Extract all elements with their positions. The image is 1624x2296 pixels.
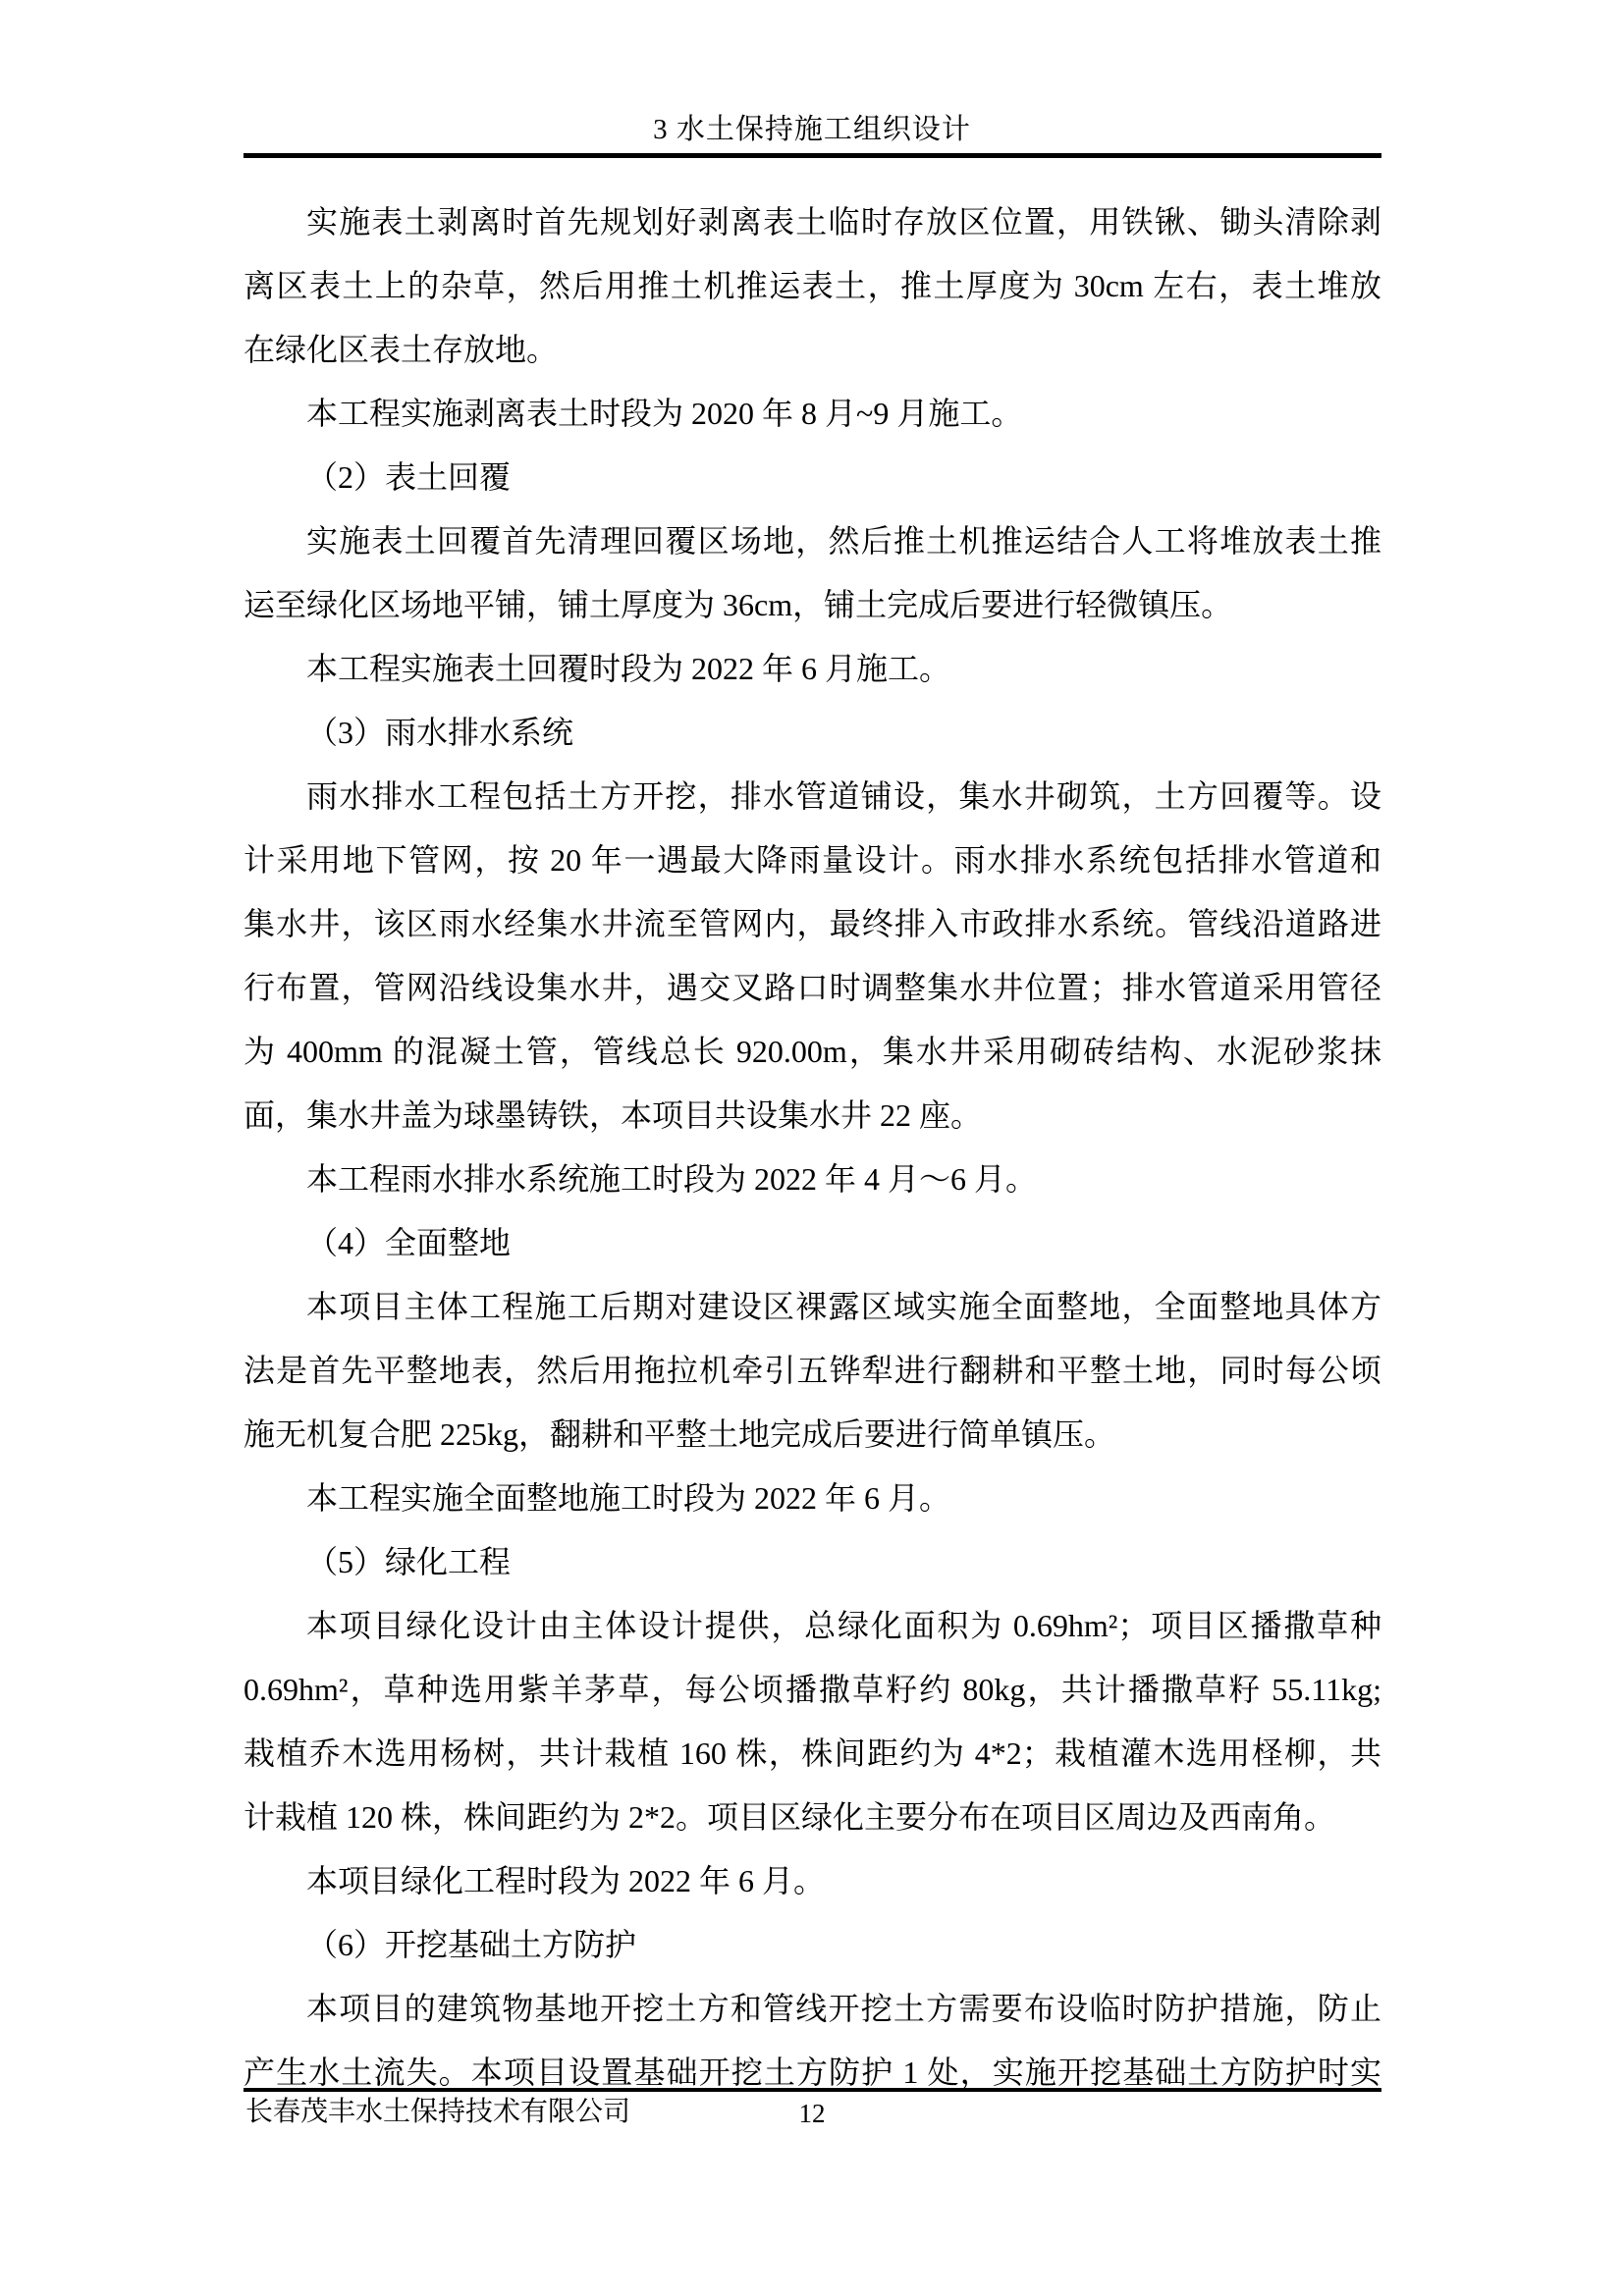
body-line: 本项目主体工程施工后期对建设区裸露区域实施全面整地，全面整地具体方	[244, 1275, 1381, 1339]
page-header-title: 3 水土保持施工组织设计	[0, 114, 1624, 145]
paragraph: 雨水排水工程包括土方开挖，排水管道铺设，集水井砌筑，土方回覆等。设计采用地下管网…	[244, 765, 1381, 1148]
body-line: 本工程雨水排水系统施工时段为 2022 年 4 月～6 月。	[244, 1148, 1381, 1211]
body-line: 计栽植 120 株，株间距约为 2*2。项目区绿化主要分布在项目区周边及西南角。	[244, 1786, 1381, 1849]
body-line: 雨水排水工程包括土方开挖，排水管道铺设，集水井砌筑，土方回覆等。设	[244, 765, 1381, 828]
paragraph: 本工程实施剥离表土时段为 2020 年 8 月~9 月施工。	[244, 382, 1381, 446]
body-line: （4）全面整地	[244, 1211, 1381, 1275]
document-page: 3 水土保持施工组织设计 实施表土剥离时首先规划好剥离表土临时存放区位置，用铁锹…	[0, 0, 1624, 2296]
paragraph: 本项目绿化设计由主体设计提供，总绿化面积为 0.69hm²；项目区播撒草种0.6…	[244, 1594, 1381, 1849]
body-line: 实施表土剥离时首先规划好剥离表土临时存放区位置，用铁锹、锄头清除剥	[244, 190, 1381, 254]
body-line: （2）表土回覆	[244, 446, 1381, 509]
paragraph: 实施表土回覆首先清理回覆区场地，然后推土机推运结合人工将堆放表土推运至绿化区场地…	[244, 509, 1381, 637]
paragraph: 本工程雨水排水系统施工时段为 2022 年 4 月～6 月。	[244, 1148, 1381, 1211]
body-line: 计采用地下管网，按 20 年一遇最大降雨量设计。雨水排水系统包括排水管道和	[244, 828, 1381, 892]
body-line: 施无机复合肥 225kg，翻耕和平整土地完成后要进行简单镇压。	[244, 1403, 1381, 1467]
body-line: （6）开挖基础土方防护	[244, 1913, 1381, 1977]
paragraph: 本项目主体工程施工后期对建设区裸露区域实施全面整地，全面整地具体方法是首先平整地…	[244, 1275, 1381, 1467]
body-line: 本工程实施表土回覆时段为 2022 年 6 月施工。	[244, 637, 1381, 701]
paragraph: （6）开挖基础土方防护	[244, 1913, 1381, 1977]
paragraph: 本工程实施全面整地施工时段为 2022 年 6 月。	[244, 1467, 1381, 1530]
body-line: 运至绿化区场地平铺，铺土厚度为 36cm，铺土完成后要进行轻微镇压。	[244, 573, 1381, 637]
paragraph: （3）雨水排水系统	[244, 701, 1381, 765]
body-line: 本项目绿化设计由主体设计提供，总绿化面积为 0.69hm²；项目区播撒草种	[244, 1594, 1381, 1658]
paragraph: （5）绿化工程	[244, 1530, 1381, 1594]
document-body: 实施表土剥离时首先规划好剥离表土临时存放区位置，用铁锹、锄头清除剥离区表土上的杂…	[244, 190, 1381, 2105]
footer-rule	[244, 2088, 1381, 2092]
paragraph: 本项目绿化工程时段为 2022 年 6 月。	[244, 1849, 1381, 1913]
paragraph: 实施表土剥离时首先规划好剥离表土临时存放区位置，用铁锹、锄头清除剥离区表土上的杂…	[244, 190, 1381, 382]
page-number: 12	[0, 2099, 1624, 2128]
body-line: 为 400mm 的混凝土管，管线总长 920.00m，集水井采用砌砖结构、水泥砂…	[244, 1020, 1381, 1084]
body-line: 本工程实施剥离表土时段为 2020 年 8 月~9 月施工。	[244, 382, 1381, 446]
body-line: 面，集水井盖为球墨铸铁，本项目共设集水井 22 座。	[244, 1084, 1381, 1148]
paragraph: （4）全面整地	[244, 1211, 1381, 1275]
body-line: 法是首先平整地表，然后用拖拉机牵引五铧犁进行翻耕和平整土地，同时每公顷	[244, 1339, 1381, 1403]
body-line: 栽植乔木选用杨树，共计栽植 160 株，株间距约为 4*2；栽植灌木选用柽柳，共	[244, 1722, 1381, 1786]
body-line: （5）绿化工程	[244, 1530, 1381, 1594]
body-line: 本项目的建筑物基地开挖土方和管线开挖土方需要布设临时防护措施，防止	[244, 1977, 1381, 2041]
paragraph: 本项目的建筑物基地开挖土方和管线开挖土方需要布设临时防护措施，防止产生水土流失。…	[244, 1977, 1381, 2105]
body-line: （3）雨水排水系统	[244, 701, 1381, 765]
body-line: 产生水土流失。本项目设置基础开挖土方防护 1 处，实施开挖基础土方防护时实	[244, 2041, 1381, 2105]
body-line: 实施表土回覆首先清理回覆区场地，然后推土机推运结合人工将堆放表土推	[244, 509, 1381, 573]
body-line: 本工程实施全面整地施工时段为 2022 年 6 月。	[244, 1467, 1381, 1530]
body-line: 集水井，该区雨水经集水井流至管网内，最终排入市政排水系统。管线沿道路进	[244, 892, 1381, 956]
header-rule	[244, 153, 1381, 158]
body-line: 在绿化区表土存放地。	[244, 318, 1381, 382]
paragraph: 本工程实施表土回覆时段为 2022 年 6 月施工。	[244, 637, 1381, 701]
body-line: 本项目绿化工程时段为 2022 年 6 月。	[244, 1849, 1381, 1913]
body-line: 行布置，管网沿线设集水井，遇交叉路口时调整集水井位置；排水管道采用管径	[244, 956, 1381, 1020]
body-line: 离区表土上的杂草，然后用推土机推运表土，推土厚度为 30cm 左右，表土堆放	[244, 254, 1381, 318]
paragraph: （2）表土回覆	[244, 446, 1381, 509]
body-line: 0.69hm²，草种选用紫羊茅草，每公顷播撒草籽约 80kg，共计播撒草籽 55…	[244, 1658, 1381, 1722]
